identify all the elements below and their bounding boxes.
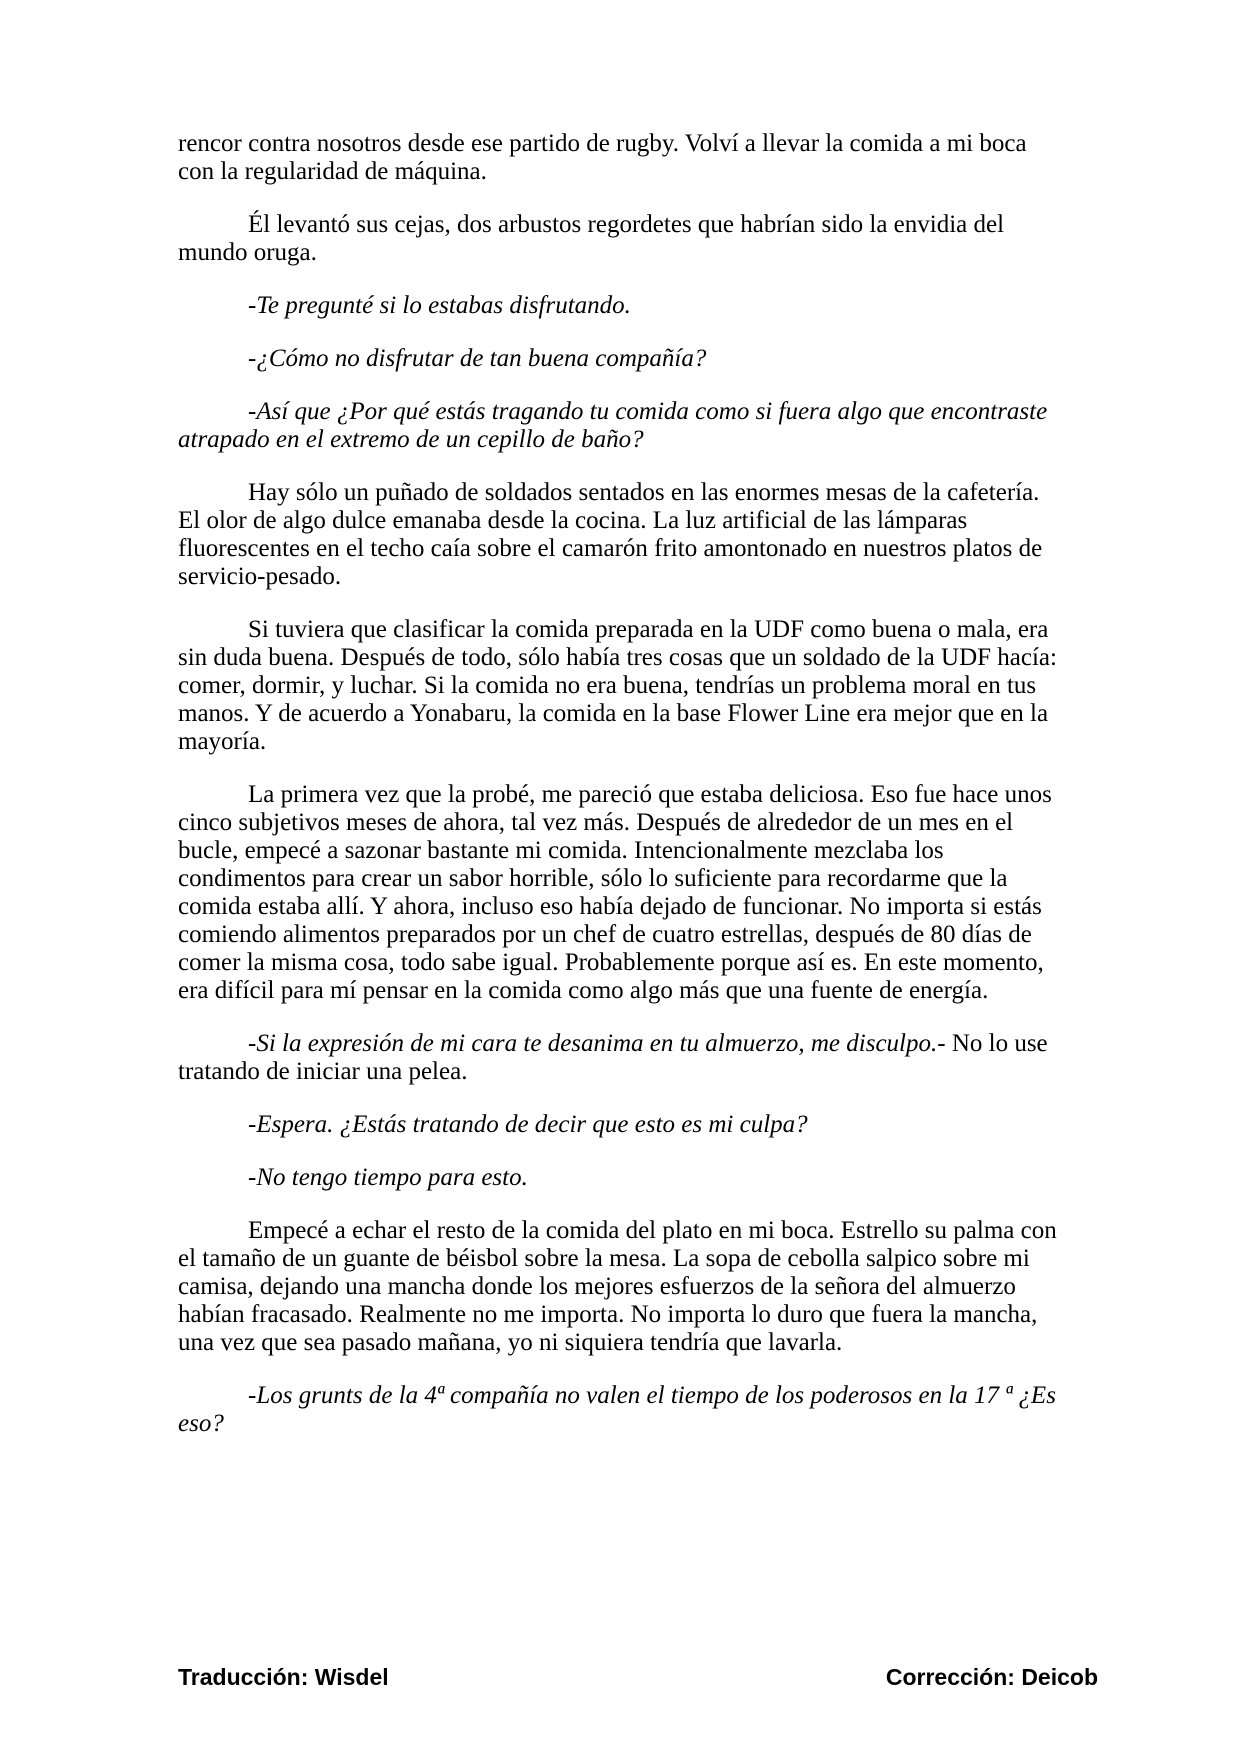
footer-translator: Traducción: Wisdel [178,1664,389,1691]
dialogue-text: -¿Cómo no disfrutar de tan buena compañí… [248,345,706,372]
paragraph: -No tengo tiempo para esto. [178,1164,1067,1192]
paragraph: La primera vez que la probé, me pareció … [178,781,1067,1005]
dialogue-text: -Te pregunté si lo estabas disfrutando. [248,292,631,319]
narrative-text: Empecé a echar el resto de la comida del… [178,1217,1057,1356]
paragraph: -Te pregunté si lo estabas disfrutando. [178,292,1067,320]
paragraph: -¿Cómo no disfrutar de tan buena compañí… [178,345,1067,373]
paragraph: -Espera. ¿Estás tratando de decir que es… [178,1111,1067,1139]
page-footer: Traducción: Wisdel Corrección: Deicob [178,1664,1098,1691]
paragraph: Empecé a echar el resto de la comida del… [178,1217,1067,1357]
narrative-text: Él levantó sus cejas, dos arbustos regor… [178,211,1004,266]
paragraph: rencor contra nosotros desde ese partido… [178,130,1067,186]
paragraph: -Si la expresión de mi cara te desanima … [178,1030,1067,1086]
paragraph: Hay sólo un puñado de soldados sentados … [178,479,1067,591]
document-body: rencor contra nosotros desde ese partido… [178,130,1067,1463]
narrative-text: rencor contra nosotros desde ese partido… [178,130,1027,185]
dialogue-text: -No tengo tiempo para esto. [248,1164,528,1191]
dialogue-text: -Así que ¿Por qué estás tragando tu comi… [178,398,1047,453]
paragraph: -Así que ¿Por qué estás tragando tu comi… [178,398,1067,454]
paragraph: Él levantó sus cejas, dos arbustos regor… [178,211,1067,267]
dialogue-text: -Espera. ¿Estás tratando de decir que es… [248,1111,808,1138]
narrative-text: Si tuviera que clasificar la comida prep… [178,616,1057,755]
footer-corrector: Corrección: Deicob [886,1664,1098,1691]
paragraph: -Los grunts de la 4ª compañía no valen e… [178,1382,1067,1438]
dialogue-text: -Si la expresión de mi cara te desanima … [248,1030,946,1057]
narrative-text: La primera vez que la probé, me pareció … [178,781,1052,1004]
dialogue-text: -Los grunts de la 4ª compañía no valen e… [178,1382,1056,1437]
paragraph: Si tuviera que clasificar la comida prep… [178,616,1067,756]
narrative-text: Hay sólo un puñado de soldados sentados … [178,479,1042,590]
